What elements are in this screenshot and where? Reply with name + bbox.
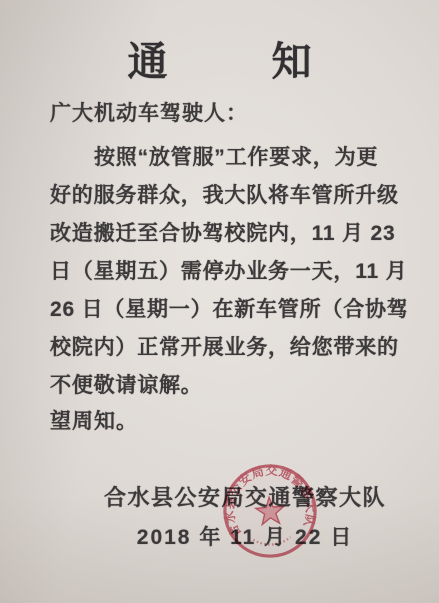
body-line: 改造搬迁至合协驾校院内，11 月 23 bbox=[50, 215, 397, 253]
body-line: 26 日（星期一）在新车管所（合协驾 bbox=[50, 291, 397, 329]
body-line: 好的服务群众，我大队将车管所升级 bbox=[50, 177, 397, 215]
salutation: 广大机动车驾驶人： bbox=[50, 99, 248, 129]
notice-paper: 通 知 广大机动车驾驶人： 按照“放管服”工作要求，为更 好的服务群众，我大队将… bbox=[0, 0, 439, 603]
notice-title: 通 知 bbox=[0, 40, 439, 84]
notice-body: 按照“放管服”工作要求，为更 好的服务群众，我大队将车管所升级 改造搬迁至合协驾… bbox=[50, 139, 397, 405]
body-line: 按照“放管服”工作要求，为更 bbox=[50, 139, 397, 177]
body-line: 日（星期五）需停办业务一天，11 月 bbox=[50, 253, 397, 291]
official-seal: 合水县公安局交通警察大队 bbox=[218, 459, 323, 564]
body-line: 校院内）正常开展业务，给您带来的 bbox=[50, 329, 397, 367]
body-line: 不便敬请谅解。 bbox=[50, 367, 397, 405]
closing-line: 望周知。 bbox=[50, 406, 138, 438]
